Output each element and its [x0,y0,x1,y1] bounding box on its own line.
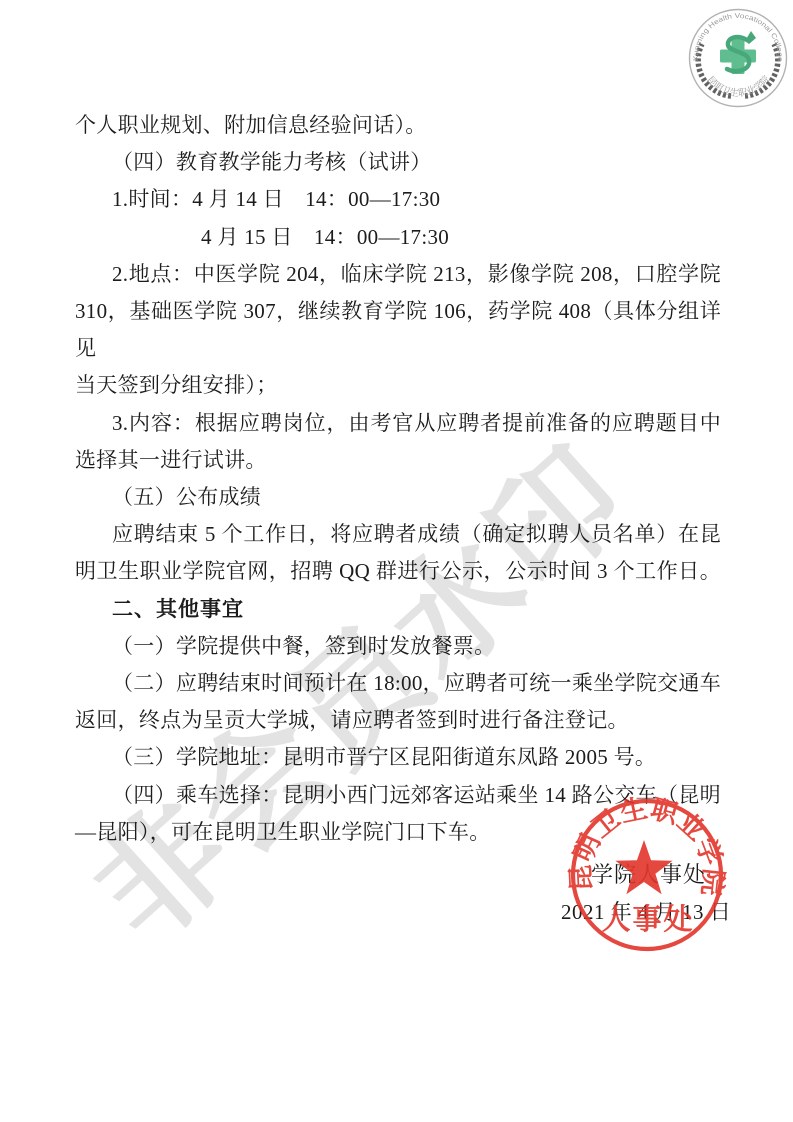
document-line: 310，基础医学院 307，继续教育学院 106，药学院 408（具体分组详见 [75,293,721,367]
document-line: 3.内容：根据应聘岗位，由考官从应聘者提前准备的应聘题目中 [75,405,721,442]
official-seal: 昆明卫生职业学院 人事处 [565,793,729,957]
document-line: （一）学院提供中餐，签到时发放餐票。 [75,628,721,665]
document-line: （二）应聘结束时间预计在 18:00，应聘者可统一乘坐学院交通车 [75,665,721,702]
document-line: 选择其一进行试讲。 [75,442,721,479]
document-line: 个人职业规划、附加信息经验问话）。 [75,107,721,144]
document-page: Kunming Health Vocational College 昆明卫生职业… [0,0,793,1122]
document-line: （三）学院地址：昆明市晋宁区昆阳街道东凤路 2005 号。 [75,739,721,776]
seal-bottom-text: 人事处 [601,903,694,936]
seal-star-icon [615,840,672,894]
document-body: 个人职业规划、附加信息经验问话）。 （四）教育教学能力考核（试讲） 1.时间：4… [75,107,721,851]
school-logo: Kunming Health Vocational College 昆明卫生职业… [687,7,789,109]
document-line: 4 月 15 日 14：00—17:30 [75,219,721,256]
section-heading-teaching-test: （四）教育教学能力考核（试讲） [75,144,721,181]
document-line: 2.地点：中医学院 204，临床学院 213，影像学院 208，口腔学院 [75,256,721,293]
document-line: 当天签到分组安排）； [75,367,721,404]
section-heading-other-matters: 二、其他事宜 [75,591,721,628]
section-heading-publish-results: （五）公布成绩 [75,479,721,516]
document-line: 明卫生职业学院官网，招聘 QQ 群进行公示，公示时间 3 个工作日。 [75,553,721,590]
document-line: 返回，终点为呈贡大学城，请应聘者签到时进行备注登记。 [75,702,721,739]
document-line: 应聘结束 5 个工作日，将应聘者成绩（确定拟聘人员名单）在昆 [75,516,721,553]
document-line: 1.时间：4 月 14 日 14：00—17:30 [75,181,721,218]
